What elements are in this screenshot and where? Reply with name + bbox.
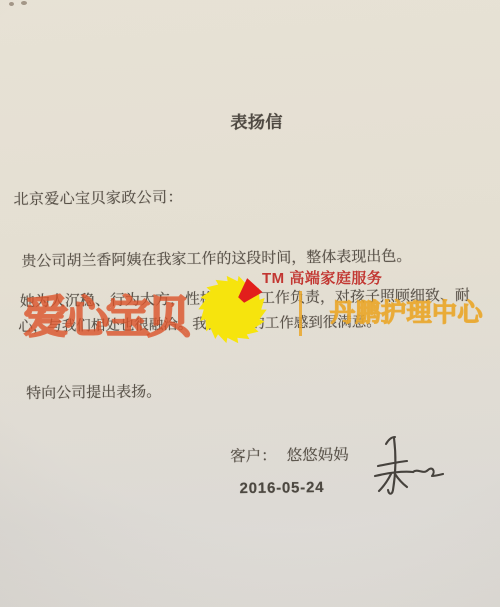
handwritten-signature-icon	[366, 428, 450, 512]
letter-paragraph-2-line2: 心，与我们相处也很融洽。我们对她的工作感到很满意。	[18, 313, 381, 336]
customer-line: 客户：悠悠妈妈	[230, 446, 349, 467]
letter-closing: 特向公司提出表扬。	[26, 383, 161, 404]
letter-title: 表扬信	[230, 112, 283, 134]
customer-label: 客户：	[230, 448, 277, 466]
photographed-letter: 表扬信 北京爱心宝贝家政公司： 贵公司胡兰香阿姨在我家工作的这段时间，整体表现出…	[0, 0, 500, 607]
letter-body: 表扬信 北京爱心宝贝家政公司： 贵公司胡兰香阿姨在我家工作的这段时间，整体表现出…	[0, 0, 500, 607]
letter-paragraph-1: 贵公司胡兰香阿姨在我家工作的这段时间，整体表现出色。	[21, 248, 411, 272]
letter-paragraph-2-line1: 她为人沉稳、行为大方，性格开朗，工作负责，对孩子照顾细致、耐	[20, 287, 470, 312]
letter-salutation: 北京爱心宝贝家政公司：	[13, 189, 183, 210]
customer-name: 悠悠妈妈	[287, 447, 349, 465]
letter-date: 2016-05-24	[239, 479, 324, 499]
